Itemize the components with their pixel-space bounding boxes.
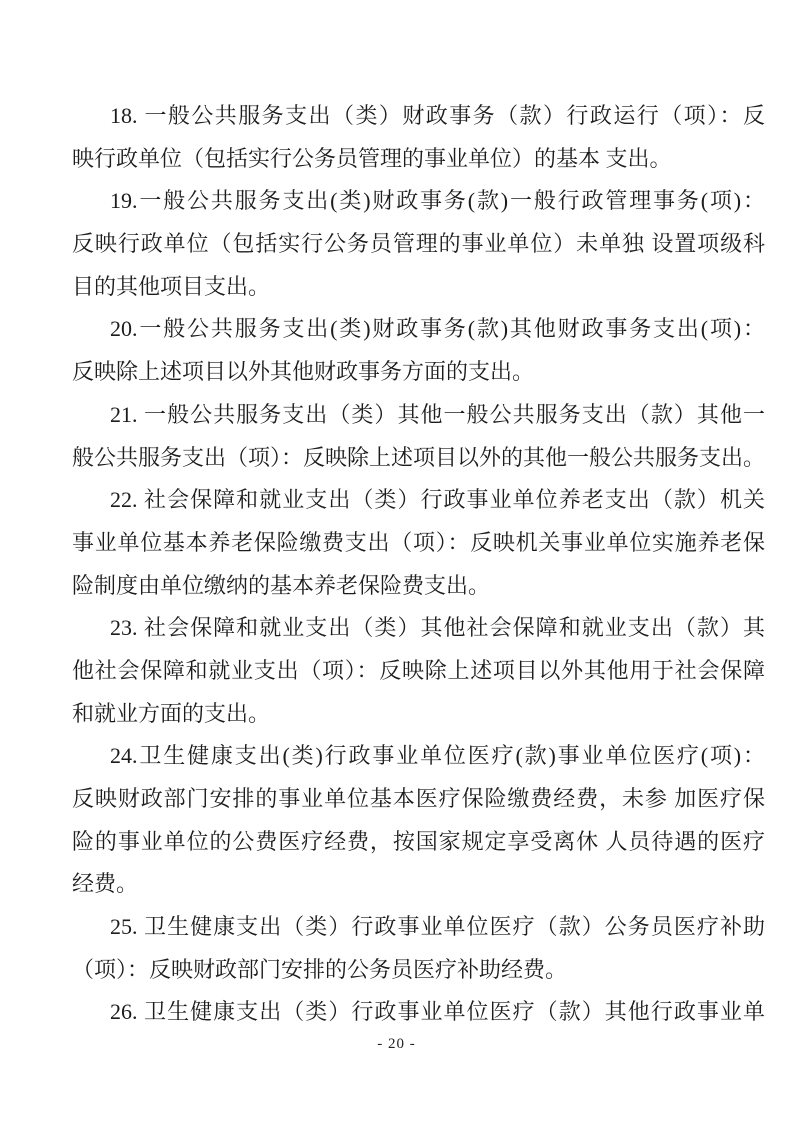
document-line: 24.卫生健康支出(类)行政事业单位医疗(款)事业单位医疗(项)： — [72, 735, 765, 778]
document-line: 般公共服务支出（项）：反映除上述项目以外的其他一般公共服务支出。 — [72, 437, 765, 480]
document-line: 险制度由单位缴纳的基本养老保险费支出。 — [72, 565, 765, 608]
document-line: 事业单位基本养老保险缴费支出（项）：反映机关事业单位实施养老保 — [72, 522, 765, 565]
document-line: （项）：反映财政部门安排的公务员医疗补助经费。 — [72, 949, 765, 992]
document-line: 和就业方面的支出。 — [72, 693, 765, 736]
document-line: 目的其他项目支出。 — [72, 266, 765, 309]
document-line: 26. 卫生健康支出（类）行政事业单位医疗（款）其他行政事业单 — [72, 991, 765, 1034]
document-line: 21. 一般公共服务支出（类）其他一般公共服务支出（款）其他一 — [72, 394, 765, 437]
document-page: 18. 一般公共服务支出（类）财政事务（款）行政运行（项）：反 映行政单位（包括… — [0, 0, 793, 1122]
document-line: 反映行政单位（包括实行公务员管理的事业单位）未单独 设置项级科 — [72, 223, 765, 266]
document-line: 19.一般公共服务支出(类)财政事务(款)一般行政管理事务(项)： — [72, 180, 765, 223]
document-line: 22. 社会保障和就业支出（类）行政事业单位养老支出（款）机关 — [72, 479, 765, 522]
document-line: 经费。 — [72, 863, 765, 906]
document-line: 反映财政部门安排的事业单位基本医疗保险缴费经费，未参 加医疗保 — [72, 778, 765, 821]
document-body: 18. 一般公共服务支出（类）财政事务（款）行政运行（项）：反 映行政单位（包括… — [72, 95, 765, 1034]
document-line: 20.一般公共服务支出(类)财政事务(款)其他财政事务支出(项)： — [72, 308, 765, 351]
document-line: 险的事业单位的公费医疗经费，按国家规定享受离休 人员待遇的医疗 — [72, 821, 765, 864]
document-line: 映行政单位（包括实行公务员管理的事业单位）的基本 支出。 — [72, 138, 765, 181]
document-line: 18. 一般公共服务支出（类）财政事务（款）行政运行（项）：反 — [72, 95, 765, 138]
document-line: 他社会保障和就业支出（项）：反映除上述项目以外其他用于社会保障 — [72, 650, 765, 693]
document-line: 25. 卫生健康支出（类）行政事业单位医疗（款）公务员医疗补助 — [72, 906, 765, 949]
document-line: 23. 社会保障和就业支出（类）其他社会保障和就业支出（款）其 — [72, 607, 765, 650]
page-number: - 20 - — [0, 1036, 793, 1053]
document-line: 反映除上述项目以外其他财政事务方面的支出。 — [72, 351, 765, 394]
